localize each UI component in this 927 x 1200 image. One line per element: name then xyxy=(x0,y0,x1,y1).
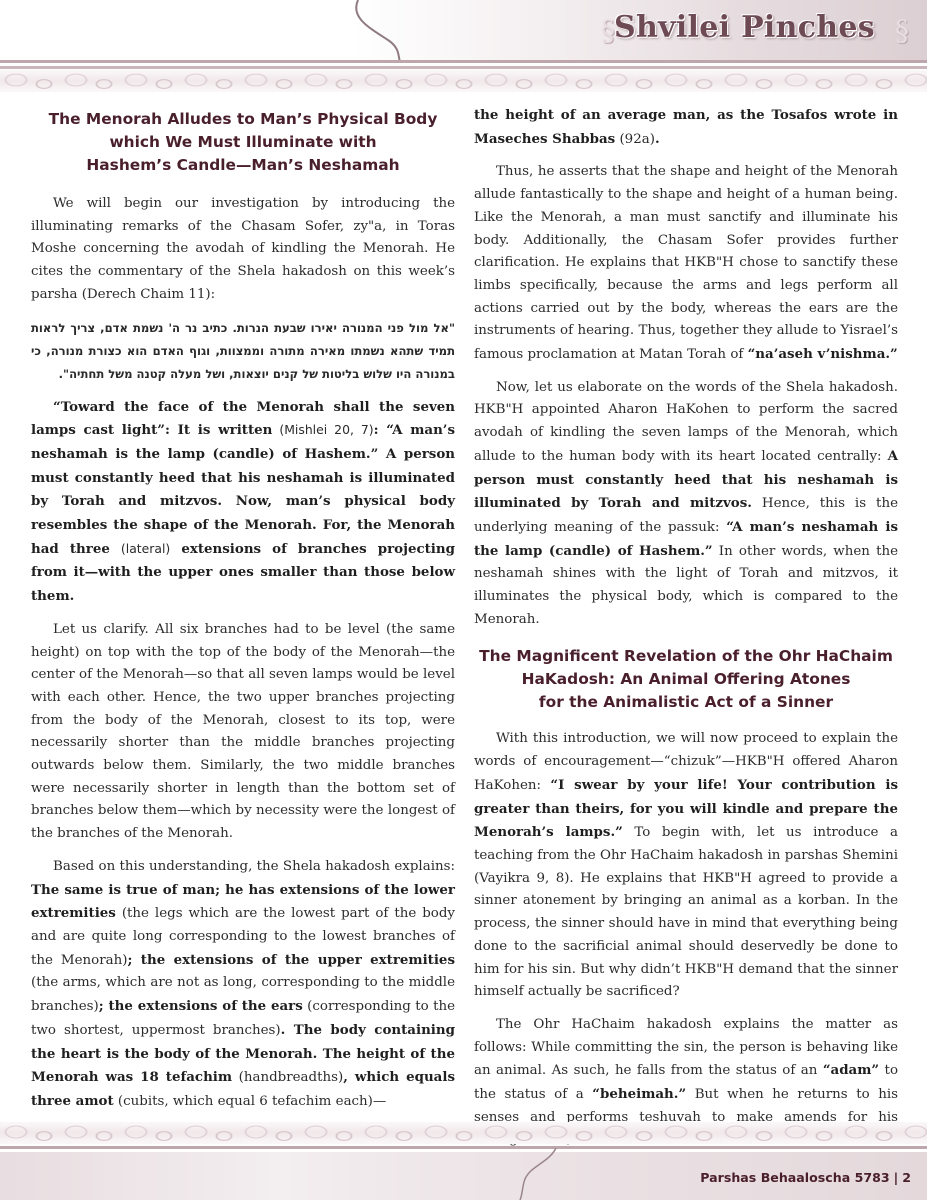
right-column: the height of an average man, as the Tos… xyxy=(474,104,898,1162)
bold-text: : “A man’s neshamah is the lamp (candle)… xyxy=(31,422,455,557)
heading-line: which We Must Illuminate with xyxy=(31,131,455,154)
text: Based on this understanding, the Shela h… xyxy=(53,859,455,874)
scroll-border-bottom xyxy=(0,1122,927,1144)
text: (handbreadths) xyxy=(232,1070,343,1085)
section-heading: The Menorah Alludes to Man’s Physical Bo… xyxy=(31,108,455,177)
page-number: 2 xyxy=(902,1170,911,1185)
paragraph: “Toward the face of the Menorah shall th… xyxy=(31,396,455,609)
footer-label: Parshas Behaaloscha 5783|2 xyxy=(700,1170,911,1185)
paragraph: Based on this understanding, the Shela h… xyxy=(31,856,455,1114)
page-header: § Shvilei Pinches § xyxy=(0,0,927,100)
header-rule xyxy=(0,60,927,63)
publication-title: Shvilei Pinches xyxy=(614,10,875,45)
separator: | xyxy=(894,1170,899,1185)
paragraph: With this introduction, we will now proc… xyxy=(474,728,898,1003)
bold-text: “na’aseh v’nishma.” xyxy=(748,346,898,362)
header-rule xyxy=(0,66,927,69)
heading-line: The Menorah Alludes to Man’s Physical Bo… xyxy=(31,108,455,131)
paragraph: Now, let us elaborate on the words of th… xyxy=(474,377,898,632)
footer-rule xyxy=(0,1146,927,1149)
paragraph: We will begin our investigation by intro… xyxy=(31,193,455,307)
left-column: The Menorah Alludes to Man’s Physical Bo… xyxy=(31,104,455,1124)
scroll-ornament-icon: § xyxy=(601,14,615,47)
scroll-ornament-icon: § xyxy=(895,14,909,47)
heading-line: HaKadosh: An Animal Offering Atones xyxy=(474,668,898,691)
heading-line: The Magnificent Revelation of the Ohr Ha… xyxy=(474,645,898,668)
paragraph: the height of an average man, as the Tos… xyxy=(474,104,898,151)
text: To begin with, let us introduce a teachi… xyxy=(474,825,898,999)
parsha-name: Parshas Behaaloscha 5783 xyxy=(700,1170,889,1185)
bold-text: ; the extensions of the ears xyxy=(99,998,303,1014)
text: Thus, he asserts that the shape and heig… xyxy=(474,164,898,362)
bold-text: . xyxy=(655,131,660,147)
parenthetical: (lateral) xyxy=(121,541,170,556)
text: (cubits, which equal 6 tefachim each)— xyxy=(114,1094,387,1109)
heading-line: for the Animalistic Act of a Sinner xyxy=(474,691,898,714)
bold-text: “beheimah.” xyxy=(592,1086,686,1102)
section-heading: The Magnificent Revelation of the Ohr Ha… xyxy=(474,645,898,714)
header-curve-ornament xyxy=(340,0,420,64)
hebrew-quote: "אל מול פני המנורה יאירו שבעת הנרות. כתי… xyxy=(31,317,455,386)
scroll-border-top xyxy=(0,70,927,92)
bold-text: “adam” xyxy=(823,1062,879,1078)
citation: (Mishlei 20, 7) xyxy=(272,422,373,437)
text: Now, let us elaborate on the words of th… xyxy=(474,380,898,464)
page-footer: Parshas Behaaloscha 5783|2 xyxy=(0,1118,927,1200)
bold-text: the height of an average man, as the Tos… xyxy=(474,107,898,147)
footer-curve-ornament xyxy=(518,1148,558,1200)
heading-line: Hashem’s Candle—Man’s Neshamah xyxy=(31,154,455,177)
paragraph: Thus, he asserts that the shape and heig… xyxy=(474,161,898,366)
bold-text: ; the extensions of the upper extremitie… xyxy=(127,952,455,968)
citation: (92a) xyxy=(615,132,655,147)
paragraph: Let us clarify. All six branches had to … xyxy=(31,619,455,846)
